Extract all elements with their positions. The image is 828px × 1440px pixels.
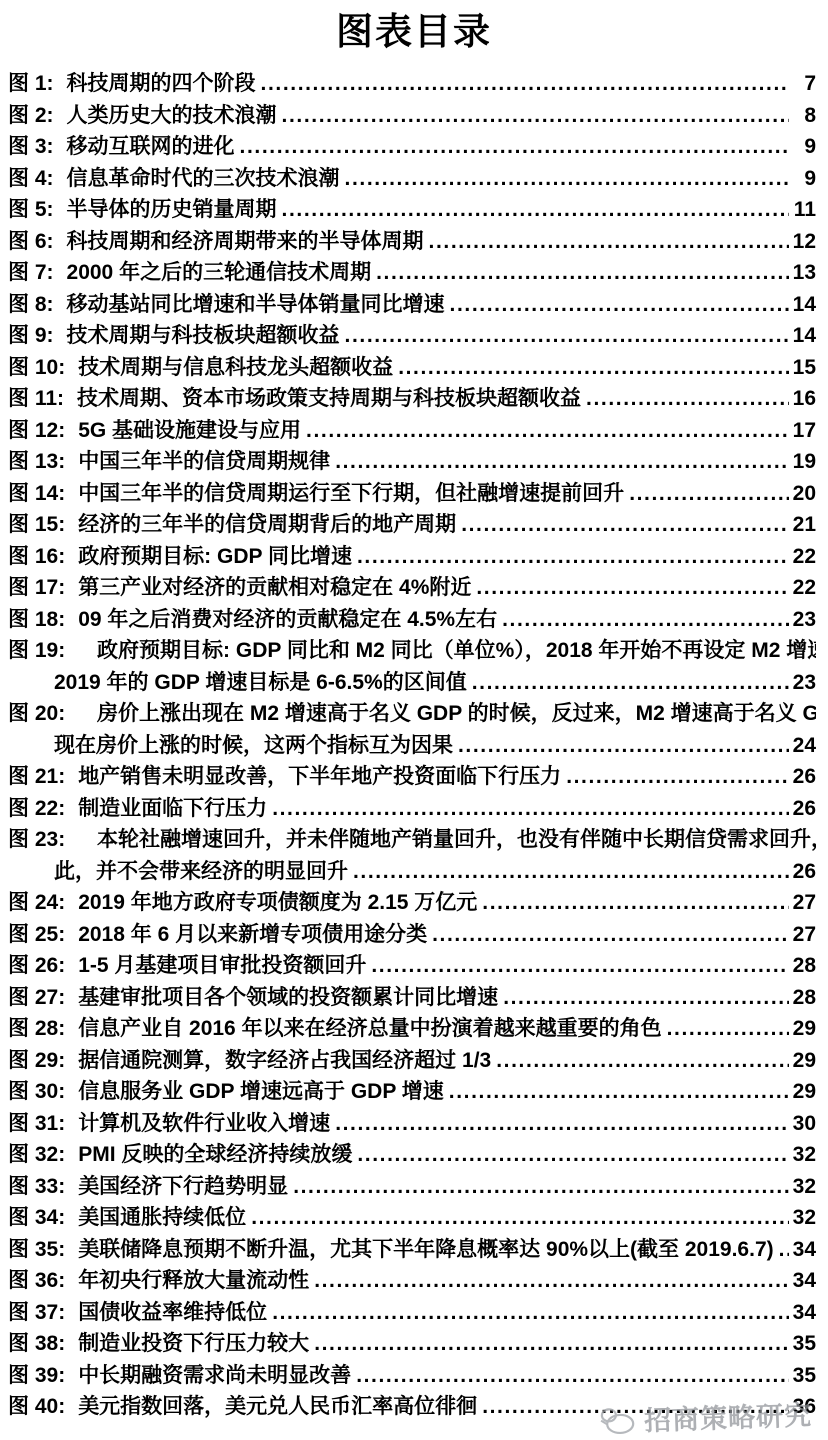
entry-title: 美国通胀持续低位 (78, 1202, 246, 1234)
toc-entry-line[interactable]: 图 40: 美元指数回落，美元兑人民币汇率高位徘徊 36 (8, 1391, 816, 1423)
entry-title: 科技周期和经济周期带来的半导体周期 (67, 226, 424, 258)
toc-entry-line[interactable]: 图 22: 制造业面临下行压力 26 (8, 793, 816, 825)
entry-page-number: 29 (792, 1076, 816, 1108)
toc-entry-line[interactable]: 图 16: 政府预期目标: GDP 同比增速 22 (8, 541, 816, 573)
entry-title: 中国三年半的信贷周期规律 (78, 446, 330, 478)
entry-page-number: 22 (792, 541, 816, 573)
entry-title: 移动互联网的进化 (67, 131, 235, 163)
entry-page-number: 26 (792, 856, 816, 888)
entry-page-number: 19 (792, 446, 816, 478)
entry-page-number: 36 (792, 1391, 816, 1423)
entry-title: 美国经济下行趋势明显 (78, 1171, 288, 1203)
dot-leader (371, 950, 789, 982)
toc-entry-line[interactable]: 此，并不会带来经济的明显回升 26 (8, 856, 816, 888)
entry-label: 图 25: (8, 919, 78, 951)
entry-page-number: 14 (792, 289, 816, 321)
entry-page-number: 29 (792, 1013, 816, 1045)
entry-label: 图 40: (8, 1391, 78, 1423)
entry-label: 图 21: (8, 761, 78, 793)
entry-title: 半导体的历史销量周期 (67, 194, 277, 226)
toc-entry-line[interactable]: 图 32: PMI 反映的全球经济持续放缓 32 (8, 1139, 816, 1171)
entry-title: 1-5 月基建项目审批投资额回升 (78, 950, 366, 982)
toc-entry-line[interactable]: 图 36: 年初央行释放大量流动性 34 (8, 1265, 816, 1297)
toc-entry-line[interactable]: 图 31: 计算机及软件行业收入增速 30 (8, 1108, 816, 1140)
toc-entry-line[interactable]: 图 10: 技术周期与信息科技龙头超额收益 15 (8, 352, 816, 384)
toc-entry-line[interactable]: 图 34: 美国通胀持续低位 32 (8, 1202, 816, 1234)
entry-label: 图 4: (8, 163, 67, 195)
entry-page-number: 7 (792, 68, 816, 100)
dot-leader (496, 1045, 789, 1077)
entry-page-number: 21 (792, 509, 816, 541)
dot-leader (272, 1297, 789, 1329)
toc-entry-line[interactable]: 图 33: 美国经济下行趋势明显 32 (8, 1171, 816, 1203)
dot-leader (502, 604, 789, 636)
entry-title: 信息服务业 GDP 增速远高于 GDP 增速 (78, 1076, 444, 1108)
entry-title: 中国三年半的信贷周期运行至下行期，但社融增速提前回升 (78, 478, 624, 510)
entry-page-number: 8 (792, 100, 816, 132)
entry-label: 图 8: (8, 289, 67, 321)
toc-entry-line[interactable]: 图 28: 信息产业自 2016 年以来在经济总量中扮演着越来越重要的角色 29 (8, 1013, 816, 1045)
entry-label: 图 29: (8, 1045, 78, 1077)
entry-title: 制造业面临下行压力 (78, 793, 267, 825)
dot-leader (314, 1265, 789, 1297)
entry-title: 技术周期与信息科技龙头超额收益 (78, 352, 393, 384)
entry-label: 图 23: (8, 828, 78, 851)
entry-label: 图 15: (8, 509, 78, 541)
entry-page-number: 17 (792, 415, 816, 447)
toc-entry-line[interactable]: 图 4: 信息革命时代的三次技术浪潮 9 (8, 163, 816, 195)
dot-leader (306, 415, 789, 447)
dot-leader (566, 761, 789, 793)
dot-leader (429, 226, 789, 258)
dot-leader (476, 572, 789, 604)
entry-label: 图 6: (8, 226, 67, 258)
dot-leader (376, 257, 789, 289)
dot-leader (261, 68, 789, 100)
dot-leader (432, 919, 789, 951)
dot-leader (461, 509, 789, 541)
dot-leader (282, 194, 789, 226)
entry-page-number: 34 (792, 1234, 816, 1266)
entry-label: 图 18: (8, 604, 78, 636)
entry-title: 2018 年 6 月以来新增专项债用途分类 (78, 919, 427, 951)
toc-entry-line[interactable]: 图 29: 据信通院测算，数字经济占我国经济超过 1/3 29 (8, 1045, 816, 1077)
entry-label: 图 27: (8, 982, 78, 1014)
entry-title: 技术周期、资本市场政策支持周期与科技板块超额收益 (77, 383, 581, 415)
entry-title: 国债收益率维持低位 (78, 1297, 267, 1329)
toc-entry-line[interactable]: 图 8: 移动基站同比增速和半导体销量同比增速 14 (8, 289, 816, 321)
toc-entry-line[interactable]: 图 9: 技术周期与科技板块超额收益 14 (8, 320, 816, 352)
dot-leader (282, 100, 789, 132)
entry-label: 图 9: (8, 320, 67, 352)
entry-label: 图 5: (8, 194, 67, 226)
page-title: 图表目录 (0, 8, 828, 56)
toc-entry-line[interactable]: 图 27: 基建审批项目各个领域的投资额累计同比增速 28 (8, 982, 816, 1014)
entry-page-number: 20 (792, 478, 816, 510)
dot-leader (586, 383, 789, 415)
toc-entry-line[interactable]: 图 1: 科技周期的四个阶段 7 (8, 68, 816, 100)
dot-leader (293, 1171, 789, 1203)
dot-leader (335, 446, 789, 478)
dot-leader (779, 1234, 789, 1266)
dot-leader (345, 320, 789, 352)
entry-page-number: 27 (792, 887, 816, 919)
toc-entry-line[interactable]: 图 2: 人类历史大的技术浪潮 8 (8, 100, 816, 132)
toc-entry-line[interactable]: 图 15: 经济的三年半的信贷周期背后的地产周期 21 (8, 509, 816, 541)
entry-page-number: 12 (792, 226, 816, 258)
entry-page-number: 28 (792, 950, 816, 982)
entry-label: 图 1: (8, 68, 67, 100)
toc-entry-line[interactable]: 2019 年的 GDP 增速目标是 6-6.5%的区间值 23 (8, 667, 816, 699)
entry-label: 图 14: (8, 478, 78, 510)
entry-page-number: 11 (792, 194, 816, 226)
entry-page-number: 34 (792, 1265, 816, 1297)
entry-label: 图 10: (8, 352, 78, 384)
toc-entry-line[interactable]: 图 5: 半导体的历史销量周期 11 (8, 194, 816, 226)
toc-entry-line[interactable]: 图 14: 中国三年半的信贷周期运行至下行期，但社融增速提前回升 20 (8, 478, 816, 510)
dot-leader (357, 541, 789, 573)
entry-title: 现在房价上涨的时候，这两个指标互为因果 (54, 730, 453, 762)
entry-title: 政府预期目标: GDP 同比增速 (78, 541, 352, 573)
toc-entry-line[interactable]: 图 37: 国债收益率维持低位 34 (8, 1297, 816, 1329)
entry-label: 图 34: (8, 1202, 78, 1234)
toc-entry-line[interactable]: 图 7: 2000 年之后的三轮通信技术周期 13 (8, 257, 816, 289)
dot-leader (503, 982, 789, 1014)
entry-page-number: 32 (792, 1139, 816, 1171)
entry-title: 人类历史大的技术浪潮 (67, 100, 277, 132)
entry-title: 2019 年的 GDP 增速目标是 6-6.5%的区间值 (54, 667, 467, 699)
entry-label: 图 37: (8, 1297, 78, 1329)
entry-page-number: 24 (792, 730, 816, 762)
entry-label: 图 17: (8, 572, 78, 604)
entry-label: 图 30: (8, 1076, 78, 1108)
dot-leader (335, 1108, 789, 1140)
entry-page-number: 26 (792, 761, 816, 793)
entry-label: 图 2: (8, 100, 67, 132)
entry-page-number: 30 (792, 1108, 816, 1140)
entry-title: 据信通院测算，数字经济占我国经济超过 1/3 (78, 1045, 491, 1077)
toc-entry-line[interactable]: 图 11: 技术周期、资本市场政策支持周期与科技板块超额收益 16 (8, 383, 816, 415)
entry-title: 年初央行释放大量流动性 (78, 1265, 309, 1297)
dot-leader (356, 1360, 789, 1392)
entry-label: 图 22: (8, 793, 78, 825)
entry-label: 图 11: (8, 383, 77, 415)
entry-title: 信息产业自 2016 年以来在经济总量中扮演着越来越重要的角色 (78, 1013, 661, 1045)
entry-title: 基建审批项目各个领域的投资额累计同比增速 (78, 982, 498, 1014)
entry-label: 图 33: (8, 1171, 78, 1203)
entry-title: 本轮社融增速回升，并未伴随地产销量回升，也没有伴随中长期信贷需求回升，因 (97, 828, 816, 851)
toc-entry-line[interactable]: 图 26: 1-5 月基建项目审批投资额回升 28 (8, 950, 816, 982)
entry-label: 图 36: (8, 1265, 78, 1297)
entry-label: 图 38: (8, 1328, 78, 1360)
toc-entry-line[interactable]: 图 20: 房价上涨出现在 M2 增速高于名义 GDP 的时候，反过来，M2 增… (8, 698, 816, 730)
entry-title: 2000 年之后的三轮通信技术周期 (67, 257, 372, 289)
toc-entry-line[interactable]: 图 12: 5G 基础设施建设与应用 17 (8, 415, 816, 447)
toc-entry-line[interactable]: 图 24: 2019 年地方政府专项债额度为 2.15 万亿元 27 (8, 887, 816, 919)
dot-leader (472, 667, 789, 699)
entry-title: 美元指数回落，美元兑人民币汇率高位徘徊 (78, 1391, 477, 1423)
entry-title: PMI 反映的全球经济持续放缓 (78, 1139, 352, 1171)
entry-title: 2019 年地方政府专项债额度为 2.15 万亿元 (78, 887, 477, 919)
entry-page-number: 22 (792, 572, 816, 604)
entry-label: 图 12: (8, 415, 78, 447)
entry-page-number: 16 (792, 383, 816, 415)
entry-page-number: 15 (792, 352, 816, 384)
entry-title: 移动基站同比增速和半导体销量同比增速 (67, 289, 445, 321)
entry-page-number: 32 (792, 1171, 816, 1203)
entry-title: 科技周期的四个阶段 (67, 68, 256, 100)
dot-leader (629, 478, 789, 510)
entry-title: 5G 基础设施建设与应用 (78, 415, 301, 447)
entry-page-number: 35 (792, 1328, 816, 1360)
dot-leader (272, 793, 789, 825)
dot-leader (450, 289, 789, 321)
entry-title: 制造业投资下行压力较大 (78, 1328, 309, 1360)
entry-title: 经济的三年半的信贷周期背后的地产周期 (78, 509, 456, 541)
entry-label: 图 28: (8, 1013, 78, 1045)
entry-title: 地产销售未明显改善，下半年地产投资面临下行压力 (78, 761, 561, 793)
entry-label: 图 31: (8, 1108, 78, 1140)
entry-page-number: 35 (792, 1360, 816, 1392)
toc-entry-line[interactable]: 图 30: 信息服务业 GDP 增速远高于 GDP 增速 29 (8, 1076, 816, 1108)
entry-label: 图 35: (8, 1234, 78, 1266)
entry-page-number: 23 (792, 667, 816, 699)
entry-title: 第三产业对经济的贡献相对稳定在 4%附近 (78, 572, 471, 604)
entry-page-number: 23 (792, 604, 816, 636)
dot-leader (357, 1139, 789, 1171)
entry-label: 图 16: (8, 541, 78, 573)
toc-entry-line[interactable]: 图 23: 本轮社融增速回升，并未伴随地产销量回升，也没有伴随中长期信贷需求回升… (8, 824, 816, 856)
toc-entry-line[interactable]: 图 6: 科技周期和经济周期带来的半导体周期 12 (8, 226, 816, 258)
entry-title: 房价上涨出现在 M2 增速高于名义 GDP 的时候，反过来，M2 增速高于名义 … (97, 702, 816, 725)
dot-leader (353, 856, 789, 888)
toc-entry-line[interactable]: 图 35: 美联储降息预期不断升温，尤其下半年降息概率达 90%以上(截至 20… (8, 1234, 816, 1266)
entry-title: 计算机及软件行业收入增速 (78, 1108, 330, 1140)
entry-title: 信息革命时代的三次技术浪潮 (67, 163, 340, 195)
toc-entry-line[interactable]: 图 38: 制造业投资下行压力较大 35 (8, 1328, 816, 1360)
entry-page-number: 28 (792, 982, 816, 1014)
dot-leader (345, 163, 789, 195)
entry-label: 图 7: (8, 257, 67, 289)
entry-label: 图 24: (8, 887, 78, 919)
toc-entry-line[interactable]: 图 39: 中长期融资需求尚未明显改善 35 (8, 1360, 816, 1392)
entry-label: 图 19: (8, 639, 78, 662)
toc-entry-line[interactable]: 图 19: 政府预期目标: GDP 同比和 M2 同比（单位%），2018 年开… (8, 635, 816, 667)
toc-entry-line[interactable]: 图 25: 2018 年 6 月以来新增专项债用途分类 27 (8, 919, 816, 951)
dot-leader (667, 1013, 789, 1045)
entry-page-number: 27 (792, 919, 816, 951)
entry-label: 图 13: (8, 446, 78, 478)
dot-leader (314, 1328, 789, 1360)
entry-title: 政府预期目标: GDP 同比和 M2 同比（单位%），2018 年开始不再设定 … (97, 639, 816, 662)
entry-page-number: 34 (792, 1297, 816, 1329)
dot-leader (458, 730, 789, 762)
document-page: 图表目录 图 1: 科技周期的四个阶段 7 图 2: 人类历史大的技术浪潮 8 … (0, 8, 828, 1440)
entry-title: 美联储降息预期不断升温，尤其下半年降息概率达 90%以上(截至 2019.6.7… (78, 1234, 773, 1266)
dot-leader (398, 352, 789, 384)
entry-label: 图 3: (8, 131, 67, 163)
entry-page-number: 9 (792, 163, 816, 195)
dot-leader (251, 1202, 789, 1234)
toc-entry-line[interactable]: 图 3: 移动互联网的进化 9 (8, 131, 816, 163)
entry-page-number: 9 (792, 131, 816, 163)
entry-page-number: 32 (792, 1202, 816, 1234)
entry-label: 图 26: (8, 950, 78, 982)
entry-title: 09 年之后消费对经济的贡献稳定在 4.5%左右 (78, 604, 497, 636)
entry-label: 图 39: (8, 1360, 78, 1392)
entry-label: 图 32: (8, 1139, 78, 1171)
entry-title: 此，并不会带来经济的明显回升 (54, 856, 348, 888)
dot-leader (449, 1076, 789, 1108)
toc-entry-line[interactable]: 图 17: 第三产业对经济的贡献相对稳定在 4%附近 22 (8, 572, 816, 604)
toc-entry-line[interactable]: 图 21: 地产销售未明显改善，下半年地产投资面临下行压力 26 (8, 761, 816, 793)
toc-entry-line[interactable]: 图 18: 09 年之后消费对经济的贡献稳定在 4.5%左右 23 (8, 604, 816, 636)
toc-entry-line[interactable]: 现在房价上涨的时候，这两个指标互为因果 24 (8, 730, 816, 762)
entry-page-number: 14 (792, 320, 816, 352)
toc-entry-line[interactable]: 图 13: 中国三年半的信贷周期规律 19 (8, 446, 816, 478)
entry-page-number: 29 (792, 1045, 816, 1077)
entry-page-number: 13 (792, 257, 816, 289)
dot-leader (240, 131, 789, 163)
entry-label: 图 20: (8, 702, 78, 725)
entry-title: 技术周期与科技板块超额收益 (67, 320, 340, 352)
dot-leader (482, 887, 789, 919)
entry-page-number: 26 (792, 793, 816, 825)
entry-title: 中长期融资需求尚未明显改善 (78, 1360, 351, 1392)
toc-list: 图 1: 科技周期的四个阶段 7 图 2: 人类历史大的技术浪潮 8 图 3: … (0, 68, 828, 1423)
dot-leader (482, 1391, 789, 1423)
